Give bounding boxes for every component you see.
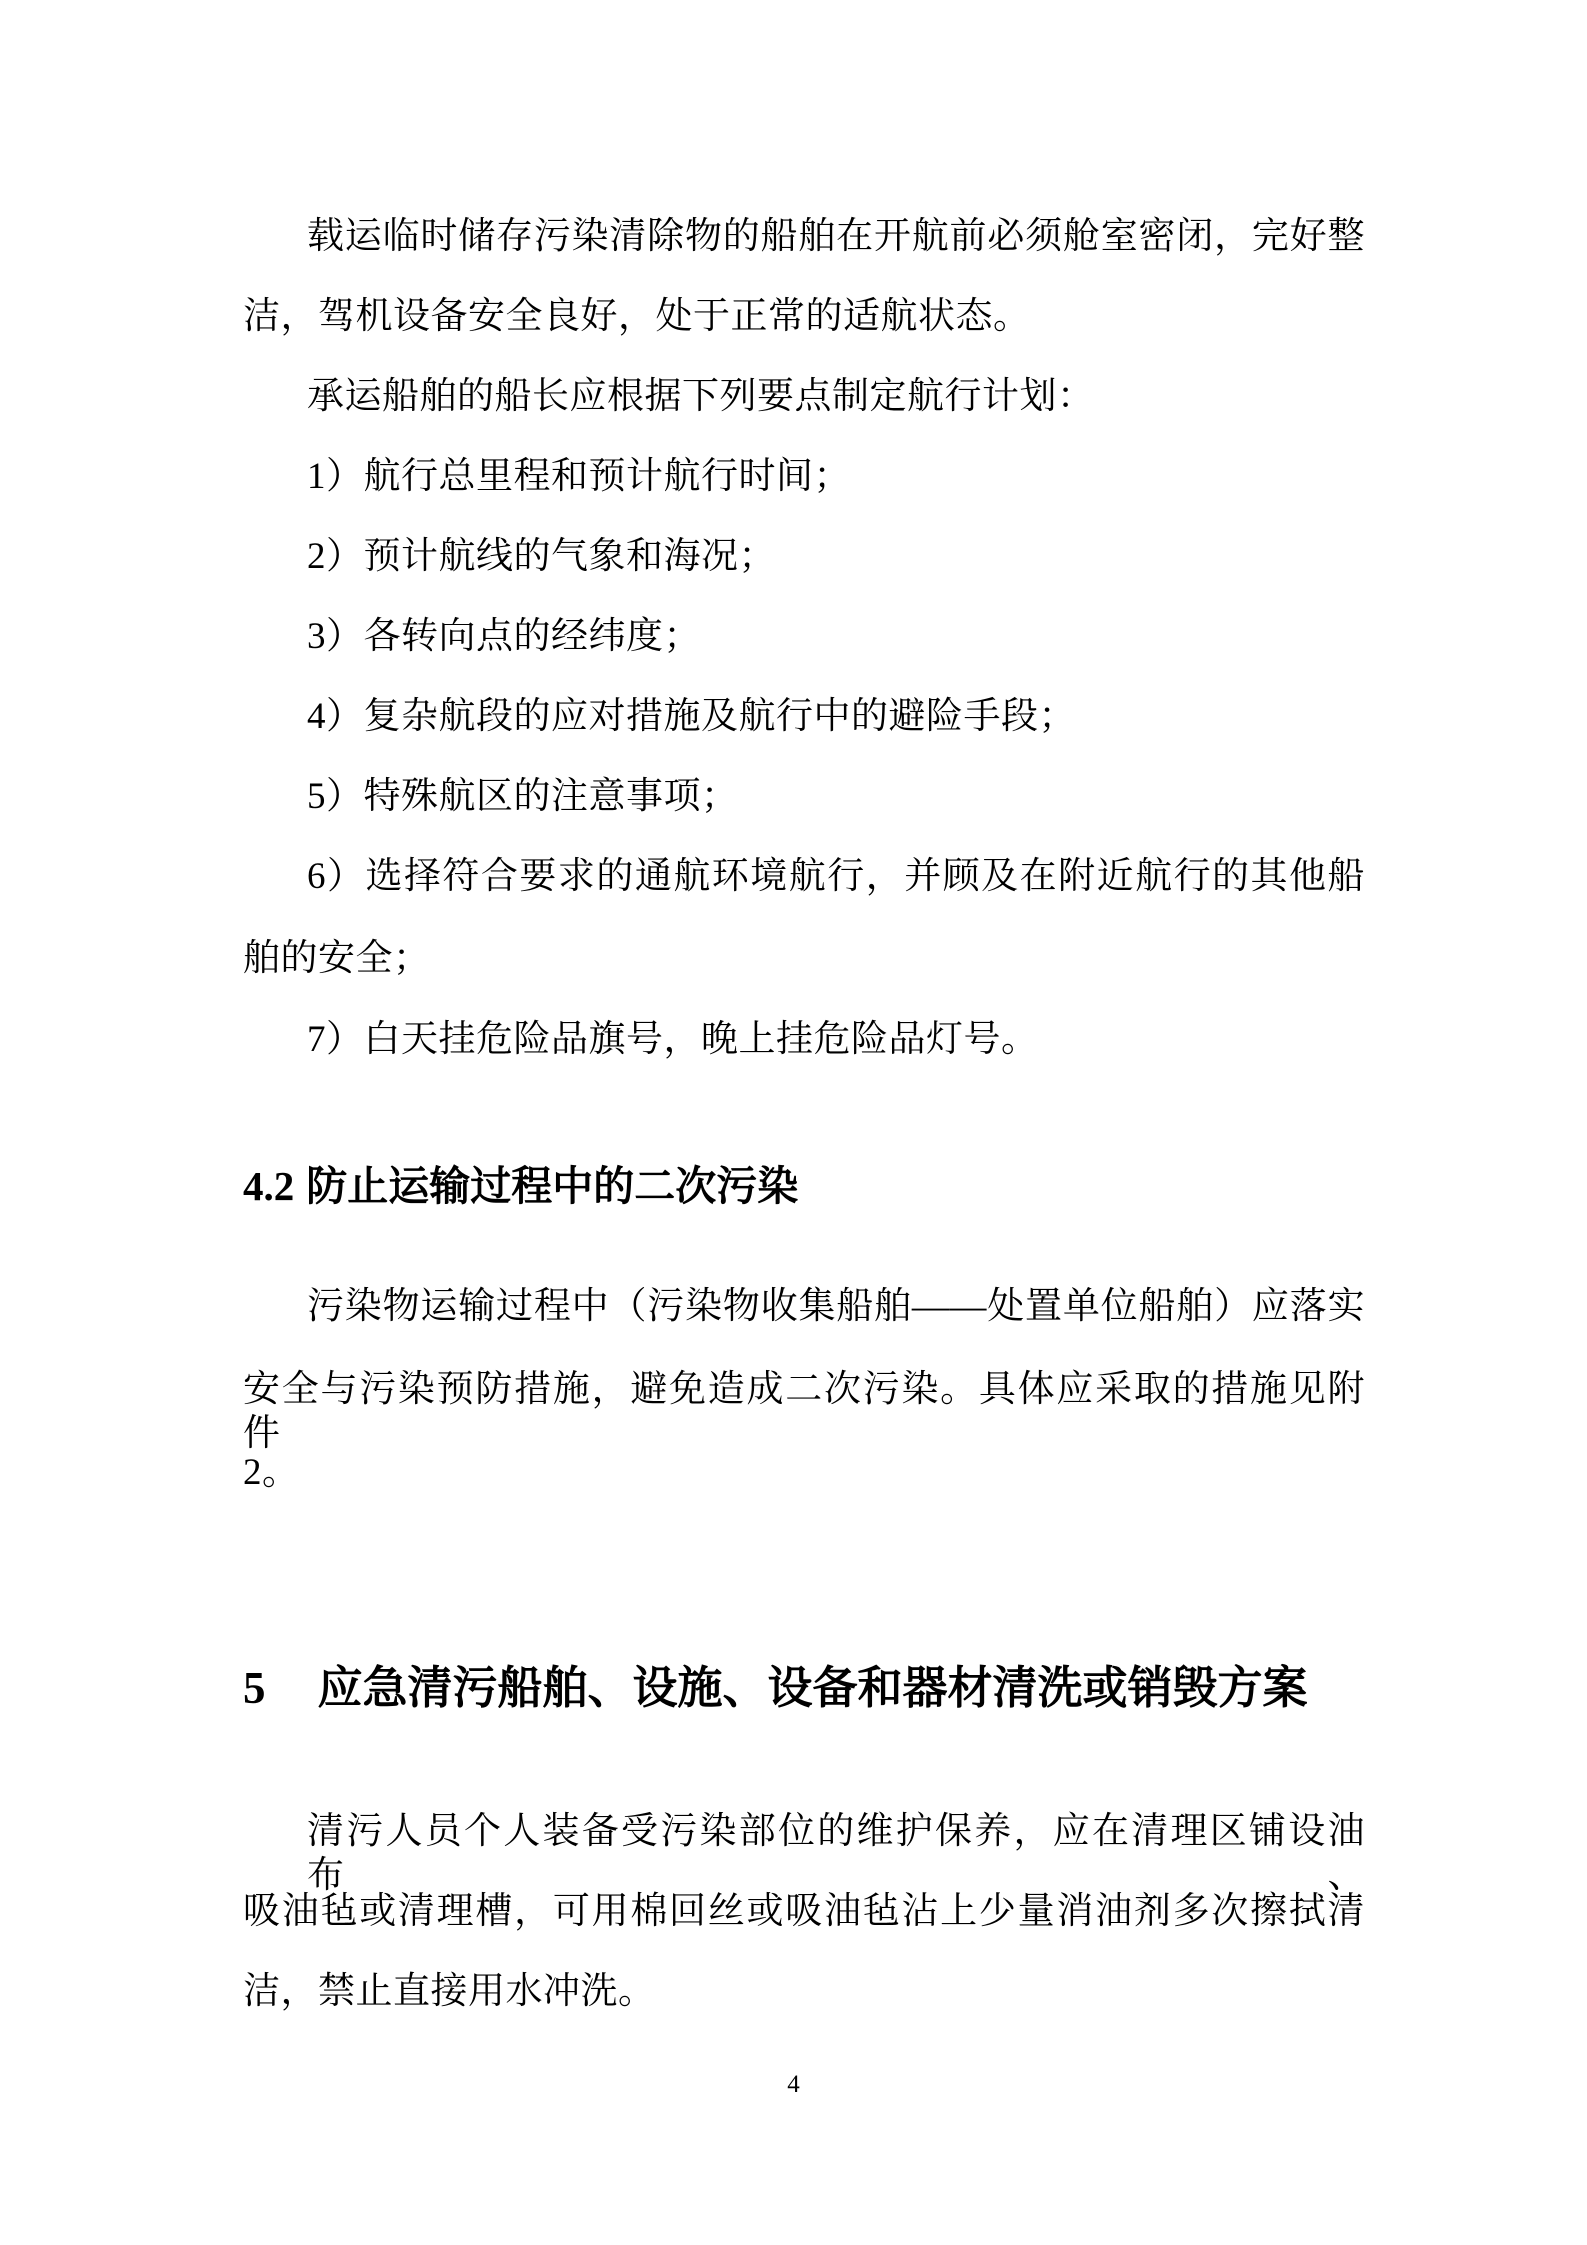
paragraph-secondary-pollution-line-2: 安全与污染预防措施，避免造成二次污染。具体应采取的措施见附件 — [243, 1368, 1365, 1455]
list-item-1: 1）航行总里程和预计航行时间； — [243, 455, 1365, 499]
paragraph-equipment-cleaning-line-3: 洁，禁止直接用水冲洗。 — [243, 1970, 1365, 2014]
chapter-heading-5-number: 5 — [243, 1663, 266, 1715]
chapter-heading-5: 5应急清污船舶、设施、设备和器材清洗或销毁方案 — [243, 1663, 1365, 1715]
paragraph-secondary-pollution-line-1: 污染物运输过程中（污染物收集船舶——处置单位船舶）应落实 — [243, 1285, 1365, 1329]
section-heading-4-2: 4.2防止运输过程中的二次污染 — [243, 1163, 1365, 1210]
document-page: 载运临时储存污染清除物的船舶在开航前必须舱室密闭，完好整 洁，驾机设备安全良好，… — [0, 0, 1587, 2245]
section-heading-4-2-title: 防止运输过程中的二次污染 — [306, 1163, 798, 1209]
list-item-2: 2）预计航线的气象和海况； — [243, 535, 1365, 579]
paragraph-equipment-cleaning-line-2: 吸油毡或清理槽，可用棉回丝或吸油毡沾上少量消油剂多次擦拭清 — [243, 1890, 1365, 1934]
paragraph-seaworthiness-line-2: 洁，驾机设备安全良好，处于正常的适航状态。 — [243, 295, 1365, 339]
list-item-6-line-1: 6）选择符合要求的通航环境航行，并顾及在附近航行的其他船 — [243, 855, 1365, 899]
paragraph-seaworthiness-line-1: 载运临时储存污染清除物的船舶在开航前必须舱室密闭，完好整 — [243, 215, 1365, 259]
list-item-3: 3）各转向点的经纬度； — [243, 615, 1365, 659]
page-number: 4 — [0, 2072, 1587, 2097]
paragraph-voyage-plan-intro: 承运船舶的船长应根据下列要点制定航行计划： — [243, 375, 1365, 419]
list-item-6-line-2: 舶的安全； — [243, 937, 1365, 981]
paragraph-equipment-cleaning-line-1: 清污人员个人装备受污染部位的维护保养，应在清理区铺设油布、 — [243, 1810, 1365, 1897]
list-item-4: 4）复杂航段的应对措施及航行中的避险手段； — [243, 695, 1365, 739]
list-item-5: 5）特殊航区的注意事项； — [243, 775, 1365, 819]
paragraph-secondary-pollution-line-3: 2。 — [243, 1451, 1365, 1495]
section-heading-4-2-number: 4.2 — [243, 1163, 294, 1210]
list-item-7: 7）白天挂危险品旗号，晚上挂危险品灯号。 — [243, 1018, 1365, 1062]
chapter-heading-5-title: 应急清污船舶、设施、设备和器材清洗或销毁方案 — [318, 1663, 1308, 1713]
